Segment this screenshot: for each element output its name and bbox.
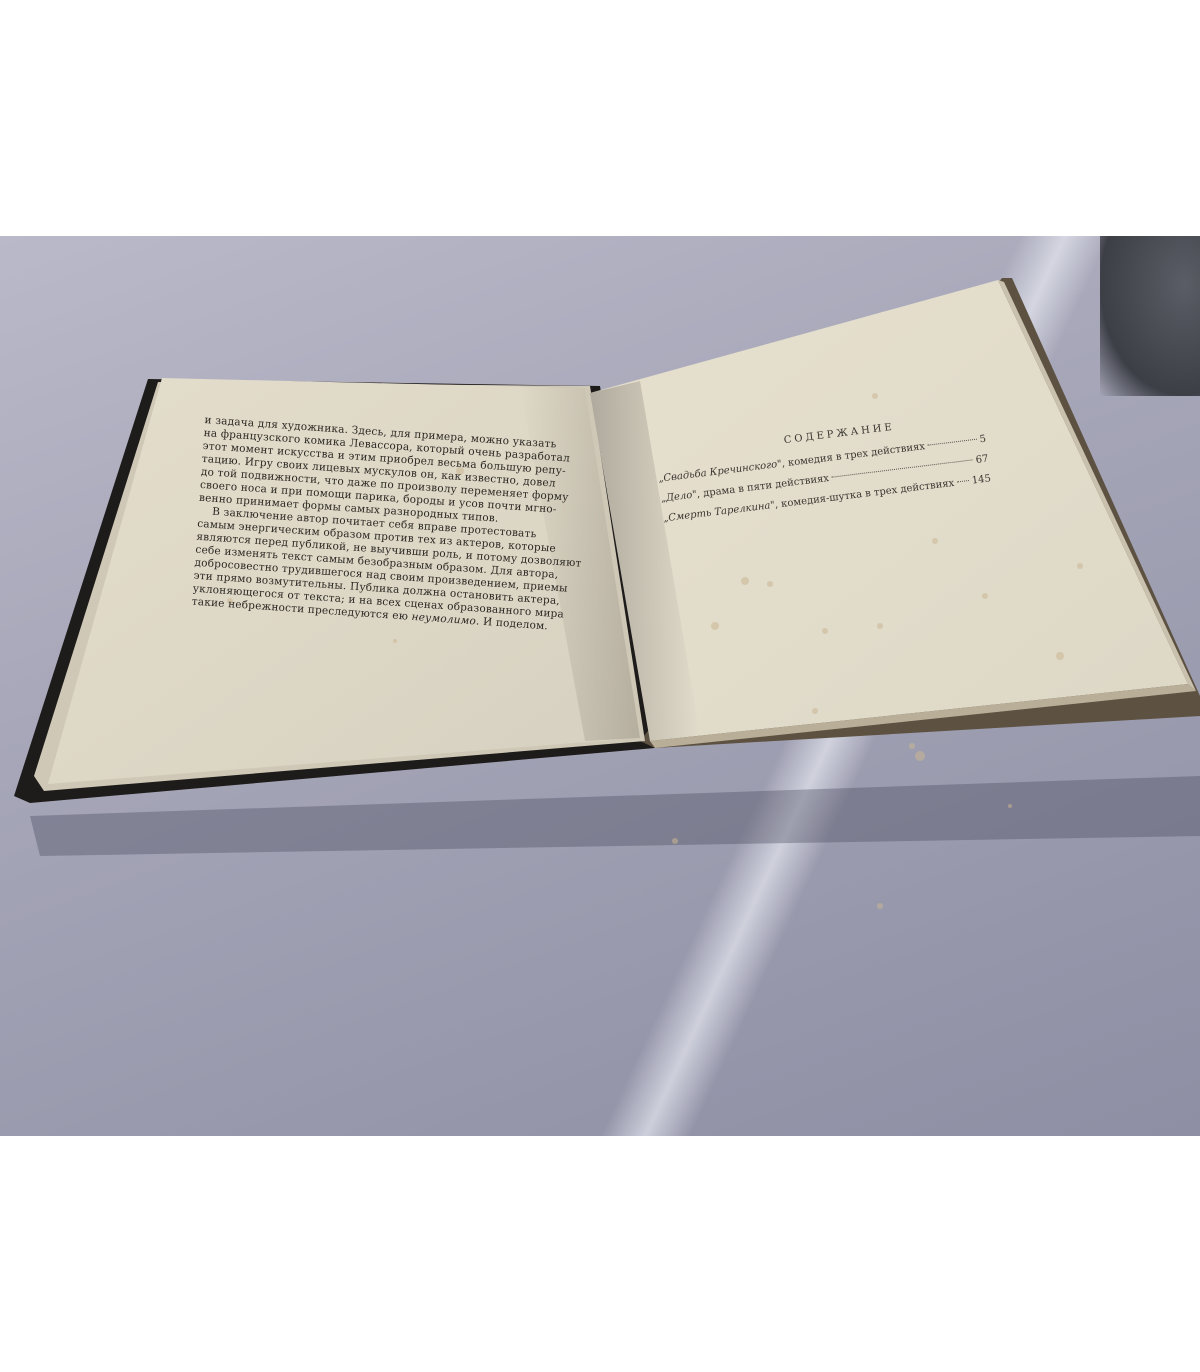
book-shadow bbox=[30, 776, 1200, 856]
toc-entry-title: „Смерть Тарелкина" bbox=[663, 500, 776, 525]
toc-leader-dots bbox=[957, 480, 969, 482]
open-book bbox=[0, 236, 1200, 1136]
toc-leader-dots bbox=[928, 439, 977, 446]
toc-entry-page: 5 bbox=[979, 434, 987, 446]
book-photo: и задача для художника. Здесь, для приме… bbox=[0, 236, 1200, 1136]
toc-leader-dots bbox=[832, 459, 973, 477]
toc-entry-title: „Дело" bbox=[660, 489, 697, 504]
left-page-text: и задача для художника. Здесь, для приме… bbox=[191, 414, 564, 634]
toc-entry-page: 67 bbox=[975, 453, 989, 465]
toc-entry-page: 145 bbox=[971, 473, 991, 486]
